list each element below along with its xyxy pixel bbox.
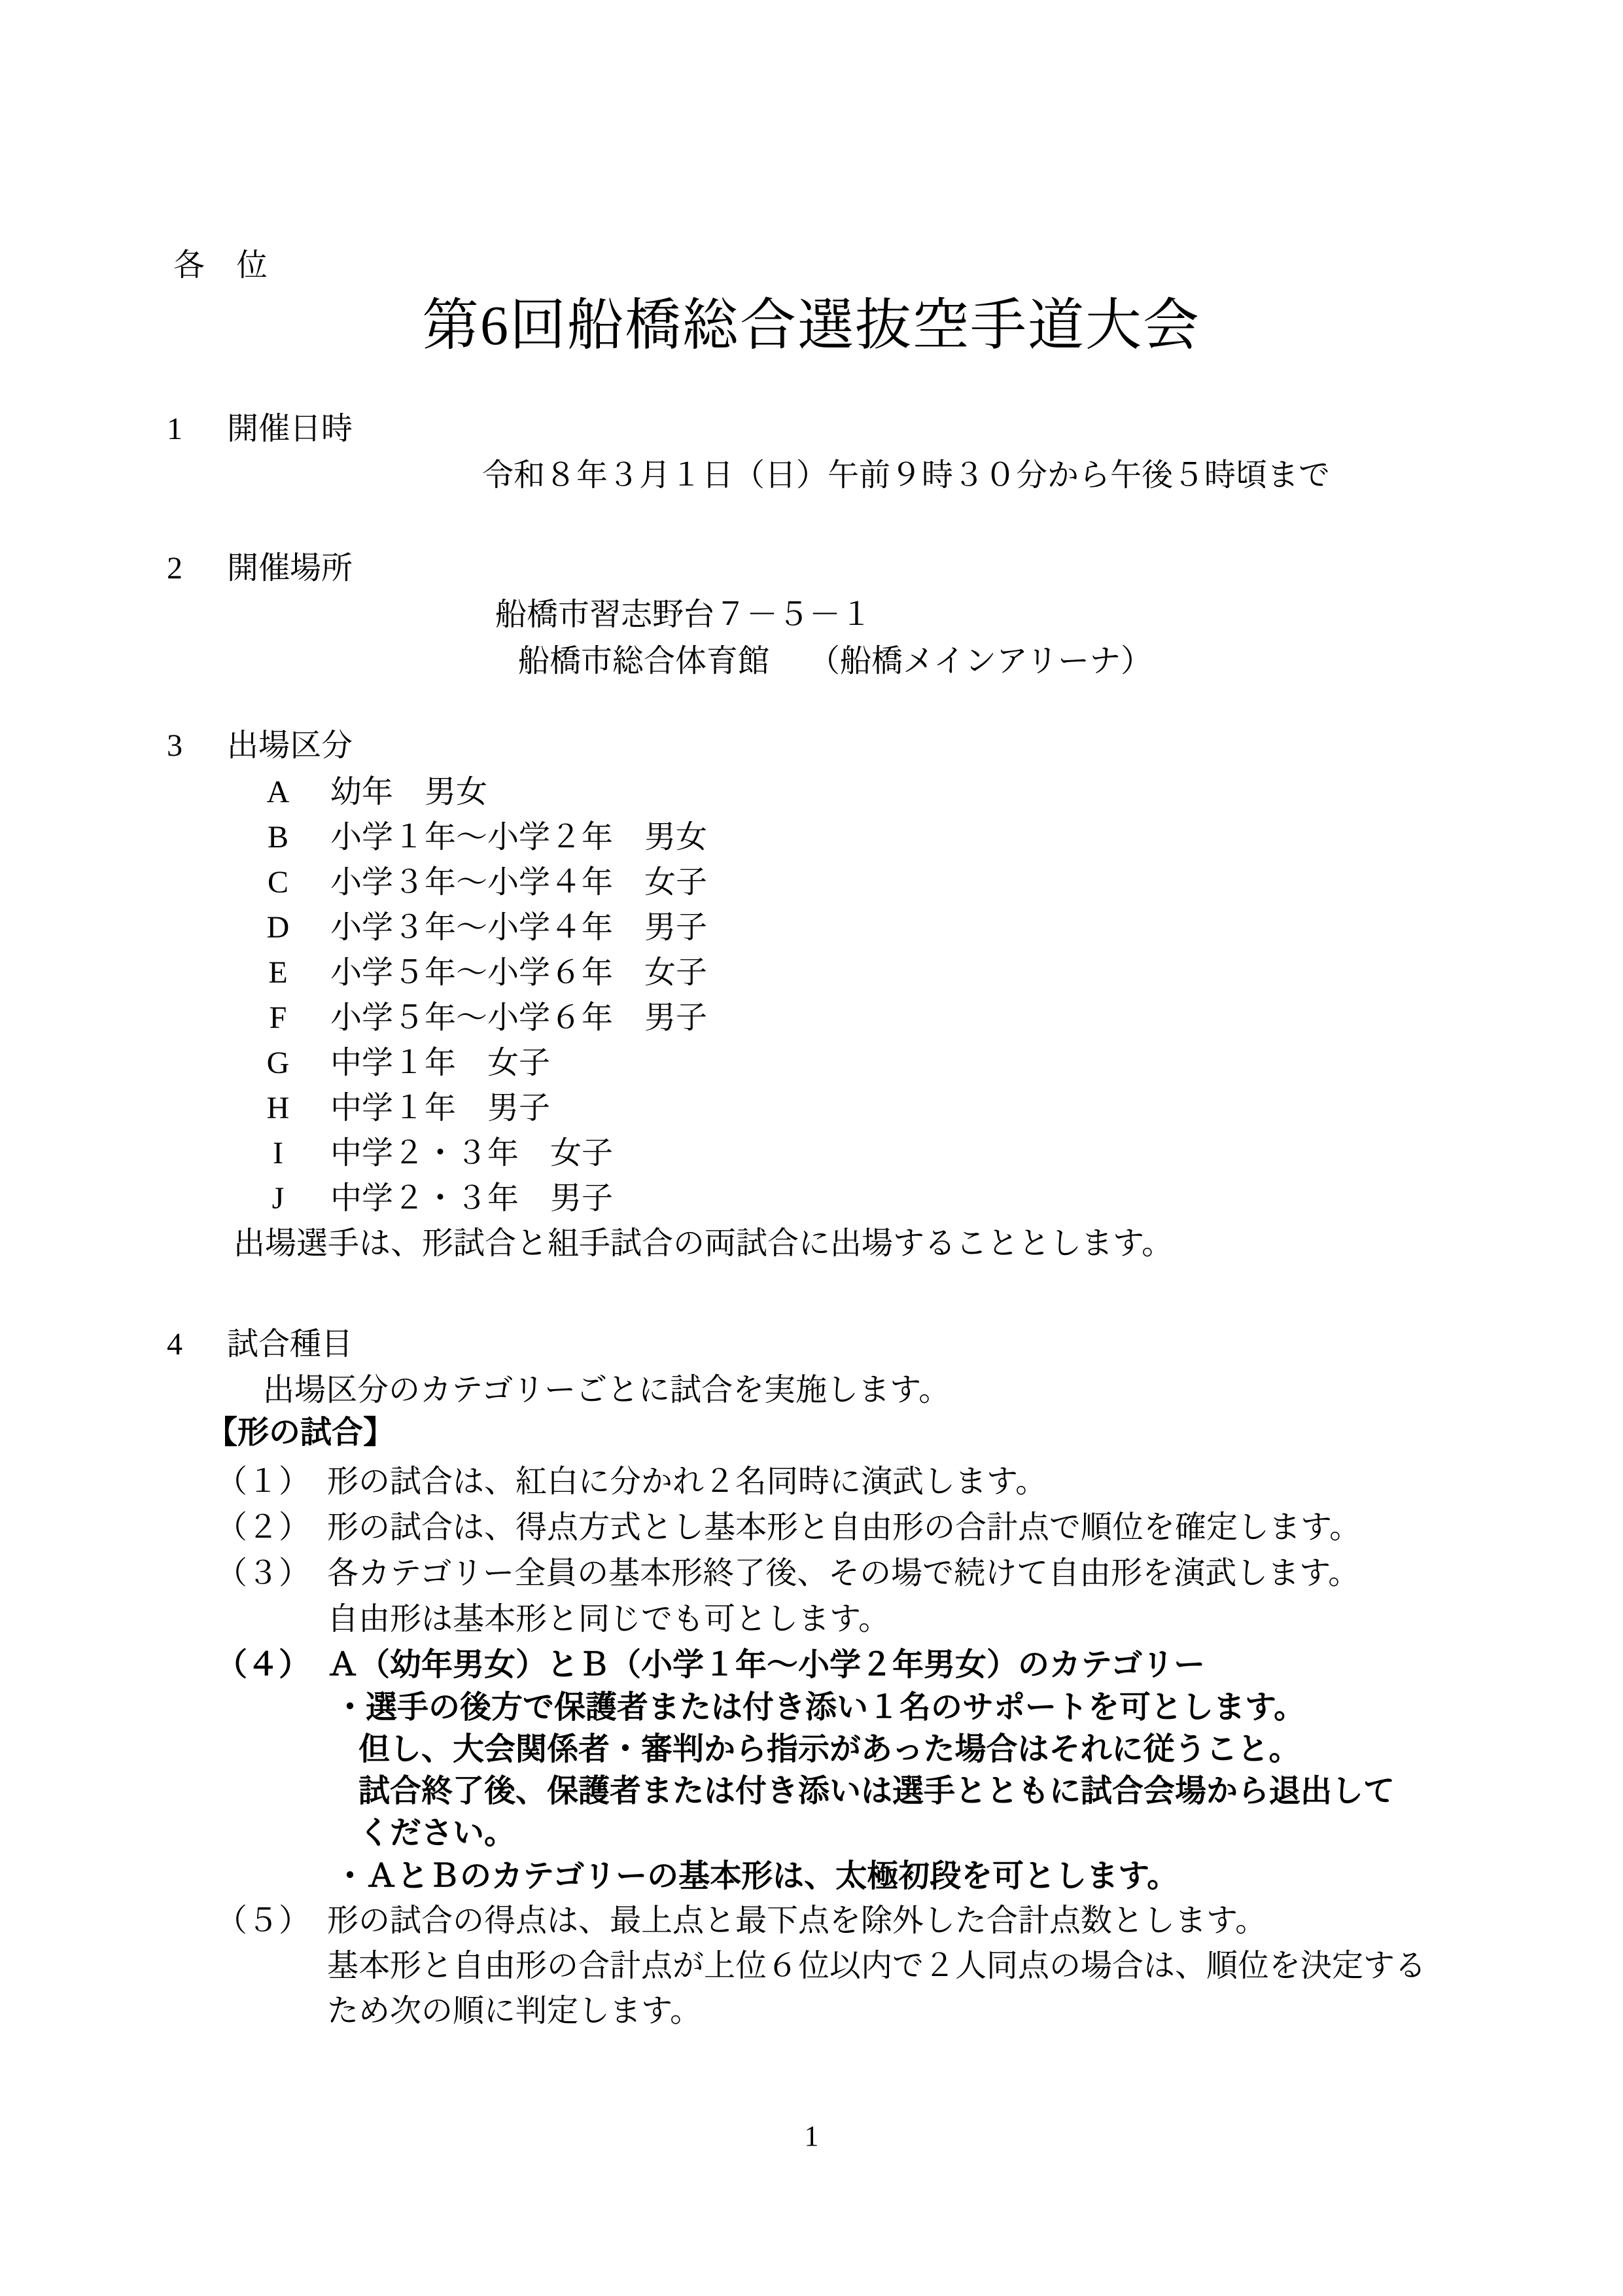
- category-row: B: [255, 819, 301, 855]
- category-row: F: [255, 1000, 301, 1036]
- kata-rule-4-number: （４）: [216, 1647, 310, 1683]
- kata-rule-3-continuation: 自由形は基本形と同じでも可とします。: [327, 1601, 890, 1637]
- venue-name: 船橋市総合体育館 （船橋メインアリーナ）: [518, 643, 1152, 679]
- section1-heading: 開催日時: [227, 411, 353, 447]
- category-code-c: C: [255, 864, 301, 900]
- category-code-a: A: [255, 774, 301, 810]
- kata-rule-4-bullet1-line1: ・選手の後方で保護者または付き添い１名のサポートを可とします。: [334, 1689, 1305, 1725]
- kata-rule-4-text: Ａ（幼年男女）とＢ（小学１年～小学２年男女）のカテゴリー: [327, 1647, 1205, 1683]
- kata-rule-4-bullet1-line3: 試合終了後、保護者または付き添いは選手とともに試合会場から退出して: [358, 1773, 1395, 1809]
- category-code-h: H: [255, 1090, 301, 1126]
- category-row: I: [255, 1135, 301, 1171]
- category-code-j: J: [255, 1180, 301, 1216]
- category-label-f: 小学５年～小学６年 男子: [330, 1000, 707, 1036]
- category-code-e: E: [255, 955, 301, 991]
- category-code-b: B: [255, 819, 301, 855]
- section1-number: 1: [167, 411, 183, 447]
- kata-rule-5-continuation1: 基本形と自由形の合計点が上位６位以内で２人同点の場合は、順位を決定する: [327, 1948, 1426, 1984]
- document-page: 各 位 第6回船橋総合選抜空手道大会 1 開催日時 令和８年３月１日（日）午前９…: [0, 0, 1623, 2296]
- category-row: D: [255, 910, 301, 945]
- kata-rule-3-text: 各カテゴリー全員の基本形終了後、その場で続けて自由形を演武します。: [327, 1555, 1359, 1591]
- section3-number: 3: [167, 728, 183, 764]
- kata-rule-5-text: 形の試合の得点は、最上点と最下点を除外した合計点数とします。: [327, 1903, 1266, 1939]
- kata-rule-2-number: （２）: [216, 1510, 310, 1545]
- category-row: C: [255, 864, 301, 900]
- section2-number: 2: [167, 550, 183, 586]
- event-datetime: 令和８年３月１日（日）午前９時３０分から午後５時頃まで: [482, 457, 1330, 493]
- category-label-a: 幼年 男女: [330, 774, 487, 810]
- recipient: 各 位: [173, 247, 268, 283]
- category-code-i: I: [255, 1135, 301, 1171]
- participation-note: 出場選手は、形試合と組手試合の両試合に出場することとします。: [234, 1226, 1173, 1262]
- kata-rule-4-bullet2: ・ＡとＢのカテゴリーの基本形は、太極初段を可とします。: [334, 1858, 1178, 1894]
- section2-heading: 開催場所: [227, 550, 353, 586]
- category-label-i: 中学２・３年 女子: [330, 1135, 613, 1171]
- kata-rule-4-bullet1-line4: ください。: [358, 1815, 515, 1851]
- page-title: 第6回船橋総合選抜空手道大会: [0, 293, 1623, 358]
- category-row: E: [255, 955, 301, 991]
- kata-rule-1-text: 形の試合は、紅白に分かれ２名同時に演武します。: [327, 1464, 1047, 1500]
- category-label-c: 小学３年～小学４年 女子: [330, 864, 707, 900]
- category-label-e: 小学５年～小学６年 女子: [330, 955, 707, 991]
- kata-rule-3-number: （３）: [216, 1555, 310, 1591]
- section4-number: 4: [167, 1326, 183, 1362]
- category-row: H: [255, 1090, 301, 1126]
- kata-rule-4-bullet1-line2: 但し、大会関係者・審判から指示があった場合はそれに従うこと。: [358, 1731, 1300, 1767]
- page-number: 1: [0, 2120, 1623, 2153]
- category-label-h: 中学１年 男子: [330, 1090, 550, 1126]
- section3-heading: 出場区分: [227, 728, 353, 764]
- category-code-f: F: [255, 1000, 301, 1036]
- category-row: G: [255, 1045, 301, 1081]
- kata-rule-5-number: （５）: [216, 1903, 310, 1939]
- kata-rule-1-number: （１）: [216, 1464, 310, 1500]
- category-label-d: 小学３年～小学４年 男子: [330, 910, 707, 945]
- category-row: A: [255, 774, 301, 810]
- kata-rule-5-continuation2: ため次の順に判定します。: [327, 1993, 701, 2029]
- kata-match-header: 【形の試合】: [206, 1415, 394, 1451]
- kata-rule-2-text: 形の試合は、得点方式とし基本形と自由形の合計点で順位を確定します。: [327, 1510, 1361, 1545]
- section4-heading: 試合種目: [227, 1326, 353, 1362]
- category-code-d: D: [255, 910, 301, 945]
- category-code-g: G: [255, 1045, 301, 1081]
- category-label-b: 小学１年～小学２年 男女: [330, 819, 707, 855]
- category-row: J: [255, 1180, 301, 1216]
- category-label-g: 中学１年 女子: [330, 1045, 550, 1081]
- venue-address: 船橋市習志野台７－５－１: [495, 597, 872, 633]
- match-events-intro: 出場区分のカテゴリーごとに試合を実施します。: [263, 1372, 950, 1408]
- category-label-j: 中学２・３年 男子: [330, 1180, 613, 1216]
